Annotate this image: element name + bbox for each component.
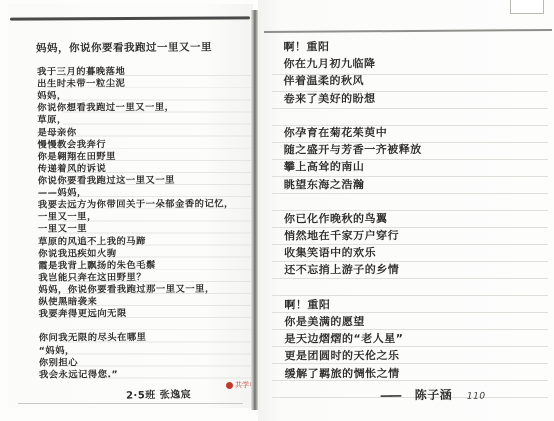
poem-line: 你已化作晚秋的鸟翼 — [284, 209, 549, 227]
poem-line: 我要去远方为你带回关于一朵郁金香的记忆， — [38, 199, 253, 212]
poem-line: 啊！重阳 — [283, 38, 548, 56]
left-poem-body: 我于三月的暮晚落地出生时未带一粒尘泥妈妈，你说你想看我跑过一里又一里，草原，是母… — [37, 65, 254, 381]
scan-corner-tab — [510, 0, 544, 14]
poem-line — [284, 106, 549, 124]
poem-line: 攀上高耸的南山 — [284, 158, 549, 176]
poem-line: 你在九月初九临降 — [283, 55, 548, 73]
left-page-top-edge — [10, 16, 250, 20]
poem-line: 啊！重阳 — [284, 295, 549, 313]
right-page: 啊！重阳你在九月初九临降伴着温柔的秋风卷来了美好的盼想你孕育在菊花茱萸中随之盛开… — [258, 0, 554, 421]
left-page-bottom-edge — [18, 403, 243, 404]
poem-line: 收集笑语中的欢乐 — [284, 244, 549, 262]
right-signature: —— 陈子涵 110 — [380, 386, 486, 404]
poem-line: 悄然地在千家万户穿行 — [284, 227, 549, 245]
poem-line: 缓解了羁旅的惆怅之情 — [285, 364, 550, 382]
left-page: 妈妈，你说你要看我跑过一里又一里 我于三月的暮晚落地出生时未带一粒尘泥妈妈，你说… — [8, 4, 253, 408]
right-page-top-edge — [264, 29, 552, 33]
watermark-icon — [226, 382, 233, 389]
poem-line: 更是团圆时的天伦之乐 — [284, 347, 549, 365]
poem-line: 随之盛开与芳香一齐被释放 — [284, 141, 549, 159]
poem-line: 你孕育在菊花茱萸中 — [284, 123, 549, 141]
poem-line: 我会永远记得您.” — [39, 368, 254, 381]
poem-line: 伴着温柔的秋风 — [284, 72, 549, 90]
right-poem-body: 啊！重阳你在九月初九临降伴着温柔的秋风卷来了美好的盼想你孕育在菊花茱萸中随之盛开… — [283, 38, 549, 383]
poem-line: 卷来了美好的盼想 — [284, 89, 549, 107]
page-seam — [251, 10, 258, 410]
left-signature: 2·5班 张逸宸 — [126, 385, 191, 401]
poem-line — [284, 192, 549, 210]
poem-line — [284, 278, 549, 296]
poem-line: 还不忘捎上游子的乡情 — [284, 261, 549, 279]
poem-line: 是天边熠熠的“老人星” — [284, 330, 549, 348]
left-poem-title: 妈妈，你说你要看我跑过一里又一里 — [36, 39, 212, 55]
page-number: 110 — [467, 392, 486, 402]
poem-line: 眺望东海之浩瀚 — [284, 175, 549, 193]
signature-dash: —— — [380, 388, 400, 402]
notebook-scan: 妈妈，你说你要看我跑过一里又一里 我于三月的暮晚落地出生时未带一粒尘泥妈妈，你说… — [0, 0, 554, 421]
signature-name: 陈子涵 — [415, 388, 453, 402]
poem-line: 你是美满的愿望 — [284, 313, 549, 331]
